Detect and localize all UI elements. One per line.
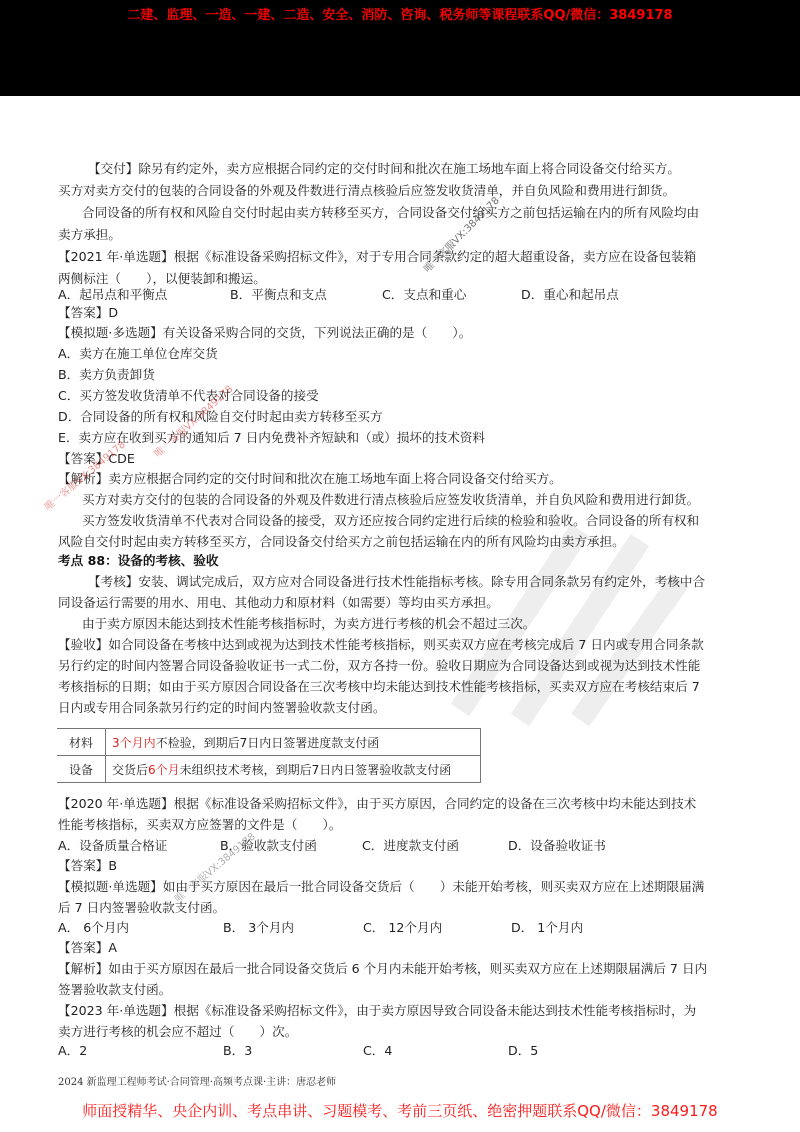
- mock-single-stem-line-1: 【模拟题·单选题】如由于买方原因在最后一批合同设备交货后（ ）未能开始考核，则买…: [58, 879, 758, 895]
- assessment-line-1: 【考核】安装、调试完成后，双方应对合同设备进行技术性能指标考核。除专用合同条款另…: [88, 574, 788, 590]
- mock-multi-analysis-line-2: 买方对卖方交付的包装的合同设备的外观及件数进行清点核验后应签发收货清单，并自负风…: [82, 492, 782, 508]
- q2020-stem-line-2: 性能考核指标，买卖双方应签署的文件是（ ）。: [58, 817, 758, 833]
- table-row-label: 材料: [57, 729, 106, 756]
- document-page: 【交付】除另有约定外，卖方应根据合同约定的交付时间和批次在施工场地车面上将合同设…: [0, 0, 800, 1132]
- q2020-option-c: C．进度款支付函: [362, 838, 459, 854]
- acceptance-line-1: 【验收】如合同设备在考核中达到或视为达到技术性能考核指标，则买卖双方应在考核完成…: [58, 637, 758, 653]
- delivery-paragraph-2: 买方对卖方交付的包装的合同设备的外观及件数进行清点核验后应签发收货清单，并自负风…: [58, 183, 758, 199]
- delivery-paragraph-3-line-2: 卖方承担。: [58, 227, 758, 243]
- q2021-option-c: C．支点和重心: [382, 287, 466, 303]
- description-suffix: 不检验，到期后7日内日签署进度款支付函: [156, 736, 380, 750]
- acceptance-line-4: 日内或专用合同条款另行约定的时间内签署验收款支付函。: [58, 700, 758, 716]
- mock-multi-answer: 【答案】CDE: [58, 451, 758, 467]
- mock-single-option-c: C． 12个月内: [363, 920, 442, 936]
- mock-single-option-b: B． 3个月内: [223, 920, 294, 936]
- mock-single-option-a: A． 6个月内: [58, 920, 129, 936]
- description-highlight: 3个月内: [112, 736, 156, 750]
- mock-multi-option-b: B．卖方负责卸货: [58, 367, 758, 383]
- mock-multi-stem: 【模拟题·多选题】有关设备采购合同的交货，下列说法正确的是（ ）。: [58, 325, 758, 341]
- assessment-line-3: 由于卖方原因未能达到技术性能考核指标时，为卖方进行考核的机会不超过三次。: [82, 616, 782, 632]
- summary-table: 材料 3个月内不检验，到期后7日内日签署进度款支付函 设备 交货后6个月未组织技…: [57, 728, 481, 783]
- mock-multi-option-c: C．买方签发收货清单不代表对合同设备的接受: [58, 388, 758, 404]
- delivery-paragraph-3-line-1: 合同设备的所有权和风险自交付时起由卖方转移至买方，合同设备交付给买方之前包括运输…: [82, 205, 782, 221]
- q2021-option-b: B．平衡点和支点: [230, 287, 327, 303]
- q2023-option-d: D．5: [508, 1043, 538, 1059]
- mock-single-stem-line-2: 后 7 日内签署验收款支付函。: [58, 900, 758, 916]
- section-88-title: 考点 88：设备的考核、验收: [58, 553, 758, 569]
- q2021-stem-line-2: 两侧标注（ ），以便装卸和搬运。: [58, 271, 758, 287]
- table-row-description: 3个月内不检验，到期后7日内日签署进度款支付函: [106, 729, 481, 756]
- q2020-answer: 【答案】B: [58, 858, 758, 874]
- description-suffix: 未组织技术考核，到期后7日内日签署验收款支付函: [180, 763, 452, 777]
- q2021-option-d: D．重心和起吊点: [521, 287, 619, 303]
- acceptance-line-3: 考核指标的日期；如由于买方原因合同设备在三次考核中均未能达到技术性能考核指标，买…: [58, 679, 758, 695]
- acceptance-line-2: 另行约定的时间内签署合同设备验收证书一式二份，双方各持一份。验收日期应为合同设备…: [58, 658, 758, 674]
- delivery-paragraph-1: 【交付】除另有约定外，卖方应根据合同约定的交付时间和批次在施工场地车面上将合同设…: [88, 161, 788, 177]
- q2020-option-d: D．设备验收证书: [508, 838, 606, 854]
- table-row-description: 交货后6个月未组织技术考核，到期后7日内日签署验收款支付函: [106, 756, 481, 783]
- mock-multi-option-a: A．卖方在施工单位仓库交货: [58, 346, 758, 362]
- q2023-stem-line-1: 【2023 年·单选题】根据《标准设备采购招标文件》，由于卖方原因导致合同设备未…: [58, 1003, 758, 1019]
- mock-multi-option-d: D．合同设备的所有权和风险自交付时起由卖方转移至买方: [58, 409, 758, 425]
- mock-single-option-d: D． 1个月内: [511, 920, 583, 936]
- q2023-option-c: C．4: [363, 1043, 392, 1059]
- q2023-stem-line-2: 卖方进行考核的机会应不超过（ ）次。: [58, 1024, 758, 1040]
- table-row: 设备 交货后6个月未组织技术考核，到期后7日内日签署验收款支付函: [57, 756, 481, 783]
- mock-multi-analysis-line-4: 风险自交付时起由卖方转移至买方，合同设备交付给买方之前包括运输在内的所有风险均由…: [58, 534, 758, 550]
- table-row: 材料 3个月内不检验，到期后7日内日签署进度款支付函: [57, 729, 481, 756]
- table-row-label: 设备: [57, 756, 106, 783]
- assessment-line-2: 同设备运行需要的用水、用电、其他动力和原材料（如需要）等均由买方承担。: [58, 595, 758, 611]
- mock-single-analysis-line-2: 签署验收款支付函。: [58, 982, 758, 998]
- mock-multi-option-e: E．卖方应在收到买方的通知后 7 日内免费补齐短缺和（或）损坏的技术资料: [58, 430, 758, 446]
- q2020-stem-line-1: 【2020 年·单选题】根据《标准设备采购招标文件》，由于买方原因，合同约定的设…: [58, 796, 758, 812]
- footer-course-info: 2024 新监理工程师考试·合同管理·高频考点课·主讲：唐忍老师: [58, 1073, 336, 1088]
- mock-multi-analysis-line-1: 【解析】卖方应根据合同约定的交付时间和批次在施工场地车面上将合同设备交付给买方。: [58, 471, 758, 487]
- q2020-option-a: A．设备质量合格证: [58, 838, 167, 854]
- mock-single-analysis-line-1: 【解析】如由于买方原因在最后一批合同设备交货后 6 个月内未能开始考核，则买卖双…: [58, 961, 758, 977]
- q2021-stem-line-1: 【2021 年·单选题】根据《标准设备采购招标文件》，对于专用合同条款约定的超大…: [58, 249, 758, 265]
- q2021-option-a: A．起吊点和平衡点: [58, 287, 167, 303]
- q2020-option-b: B．验收款支付函: [220, 838, 317, 854]
- description-highlight: 6个月: [148, 763, 180, 777]
- mock-multi-analysis-line-3: 买方签发收货清单不代表对合同设备的接受，双方还应按合同约定进行后续的检验和验收。…: [82, 513, 782, 529]
- footer-ad-text: 师面授精华、央企内训、考点串讲、习题模考、考前三页纸、绝密押题联系QQ/微信：3…: [0, 1100, 800, 1121]
- description-prefix: 交货后: [112, 763, 148, 777]
- q2023-option-b: B．3: [223, 1043, 252, 1059]
- q2021-answer: 【答案】D: [58, 305, 758, 321]
- q2023-option-a: A．2: [58, 1043, 87, 1059]
- mock-single-answer: 【答案】A: [58, 940, 758, 956]
